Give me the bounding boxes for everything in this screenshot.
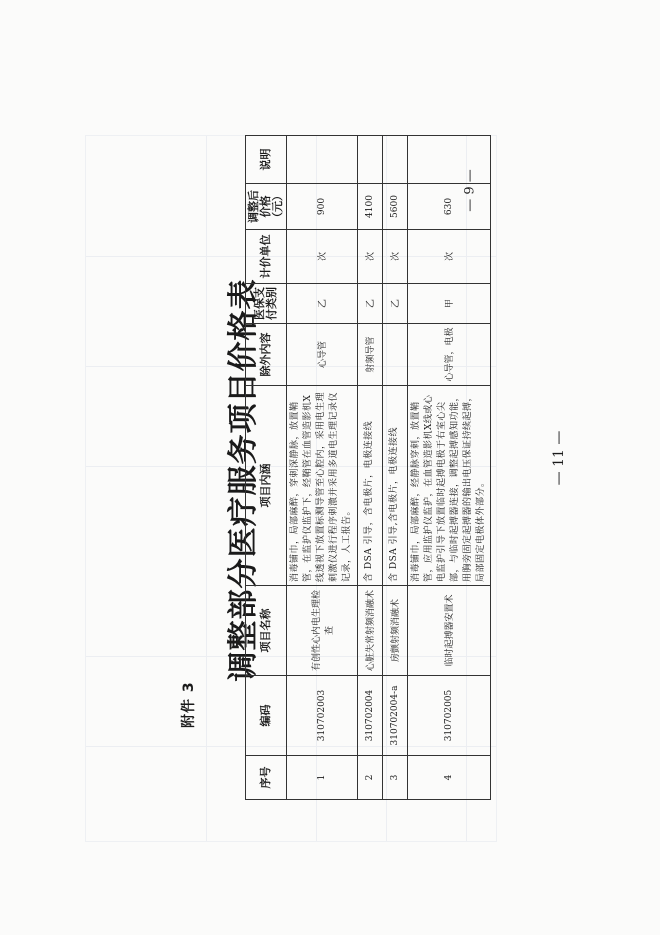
attachment-label: 附件 3 bbox=[178, 681, 198, 728]
cell-price: 900 bbox=[287, 184, 357, 230]
cell-unit: 次 bbox=[287, 230, 357, 284]
table-row: 2 310702004 心脏失常射频消融术 含 DSA 引导，含电极片，电极连接… bbox=[357, 136, 382, 800]
header-unit: 计价单位 bbox=[246, 230, 287, 284]
cell-note bbox=[287, 136, 357, 184]
cell-code: 310702005 bbox=[407, 676, 490, 756]
cell-code: 310702004 bbox=[357, 676, 382, 756]
cell-price: 5600 bbox=[382, 184, 407, 230]
header-code: 编码 bbox=[246, 676, 287, 756]
outer-page-number: — 11 — bbox=[520, 430, 600, 490]
cell-content: 含 DSA 引导，含电极片，电极连接线 bbox=[357, 386, 382, 586]
cell-name: 心脏失常射频消融术 bbox=[357, 586, 382, 676]
cell-content: 消毒铺巾，局部麻醉，穿刺深静脉，放置鞘管，在监护仪监护下，经鞘管在血管造影机X线… bbox=[287, 386, 357, 586]
cell-seq: 1 bbox=[287, 756, 357, 800]
cell-exclusions: 心导管，电极 bbox=[407, 324, 490, 386]
cell-insurance-category: 乙 bbox=[357, 284, 382, 324]
cell-unit: 次 bbox=[407, 230, 490, 284]
outer-page-number-text: — 11 — bbox=[551, 413, 567, 503]
header-note: 说明 bbox=[246, 136, 287, 184]
header-insurance-category: 医保支付类别 bbox=[246, 284, 287, 324]
inner-page-number-text: — 9 — bbox=[463, 151, 478, 231]
cell-insurance-category: 乙 bbox=[382, 284, 407, 324]
cell-name: 房颤射频消融术 bbox=[382, 586, 407, 676]
table-header-row: 序号 编码 项目名称 项目内涵 除外内容 医保支付类别 计价单位 调整后价格（元… bbox=[246, 136, 287, 800]
cell-note bbox=[357, 136, 382, 184]
cell-insurance-category: 乙 bbox=[287, 284, 357, 324]
header-exclusions: 除外内容 bbox=[246, 324, 287, 386]
cell-content: 含 DSA 引导,含电极片，电极连接线 bbox=[382, 386, 407, 586]
table-row: 3 310702004-a 房颤射频消融术 含 DSA 引导,含电极片，电极连接… bbox=[382, 136, 407, 800]
cell-seq: 2 bbox=[357, 756, 382, 800]
header-name: 项目名称 bbox=[246, 586, 287, 676]
header-content: 项目内涵 bbox=[246, 386, 287, 586]
cell-price: 4100 bbox=[357, 184, 382, 230]
cell-code: 310702003 bbox=[287, 676, 357, 756]
cell-note bbox=[382, 136, 407, 184]
cell-unit: 次 bbox=[357, 230, 382, 284]
cell-exclusions: 心导管 bbox=[287, 324, 357, 386]
header-price: 调整后价格（元） bbox=[246, 184, 287, 230]
cell-name: 临时起搏器安置术 bbox=[407, 586, 490, 676]
inner-page-number: — 9 — bbox=[450, 155, 490, 235]
table-row: 4 310702005 临时起搏器安置术 消毒铺巾，局部麻醉，经静脉穿刺，放置鞘… bbox=[407, 136, 490, 800]
cell-exclusions: 射频导管 bbox=[357, 324, 382, 386]
cell-name: 有创性心内电生理检查 bbox=[287, 586, 357, 676]
cell-seq: 4 bbox=[407, 756, 490, 800]
cell-content: 消毒铺巾，局部麻醉，经静脉穿刺，放置鞘管，应用监护仪监护，在血管造影机X线或心电… bbox=[407, 386, 490, 586]
rotated-page: 附件 3 调整部分医疗服务项目价格表 序号 编码 项目名称 项目内涵 除外内容 … bbox=[170, 120, 490, 840]
cell-seq: 3 bbox=[382, 756, 407, 800]
table-row: 1 310702003 有创性心内电生理检查 消毒铺巾，局部麻醉，穿刺深静脉，放… bbox=[287, 136, 357, 800]
cell-unit: 次 bbox=[382, 230, 407, 284]
cell-insurance-category: 甲 bbox=[407, 284, 490, 324]
header-seq: 序号 bbox=[246, 756, 287, 800]
cell-code: 310702004-a bbox=[382, 676, 407, 756]
cell-exclusions bbox=[382, 324, 407, 386]
